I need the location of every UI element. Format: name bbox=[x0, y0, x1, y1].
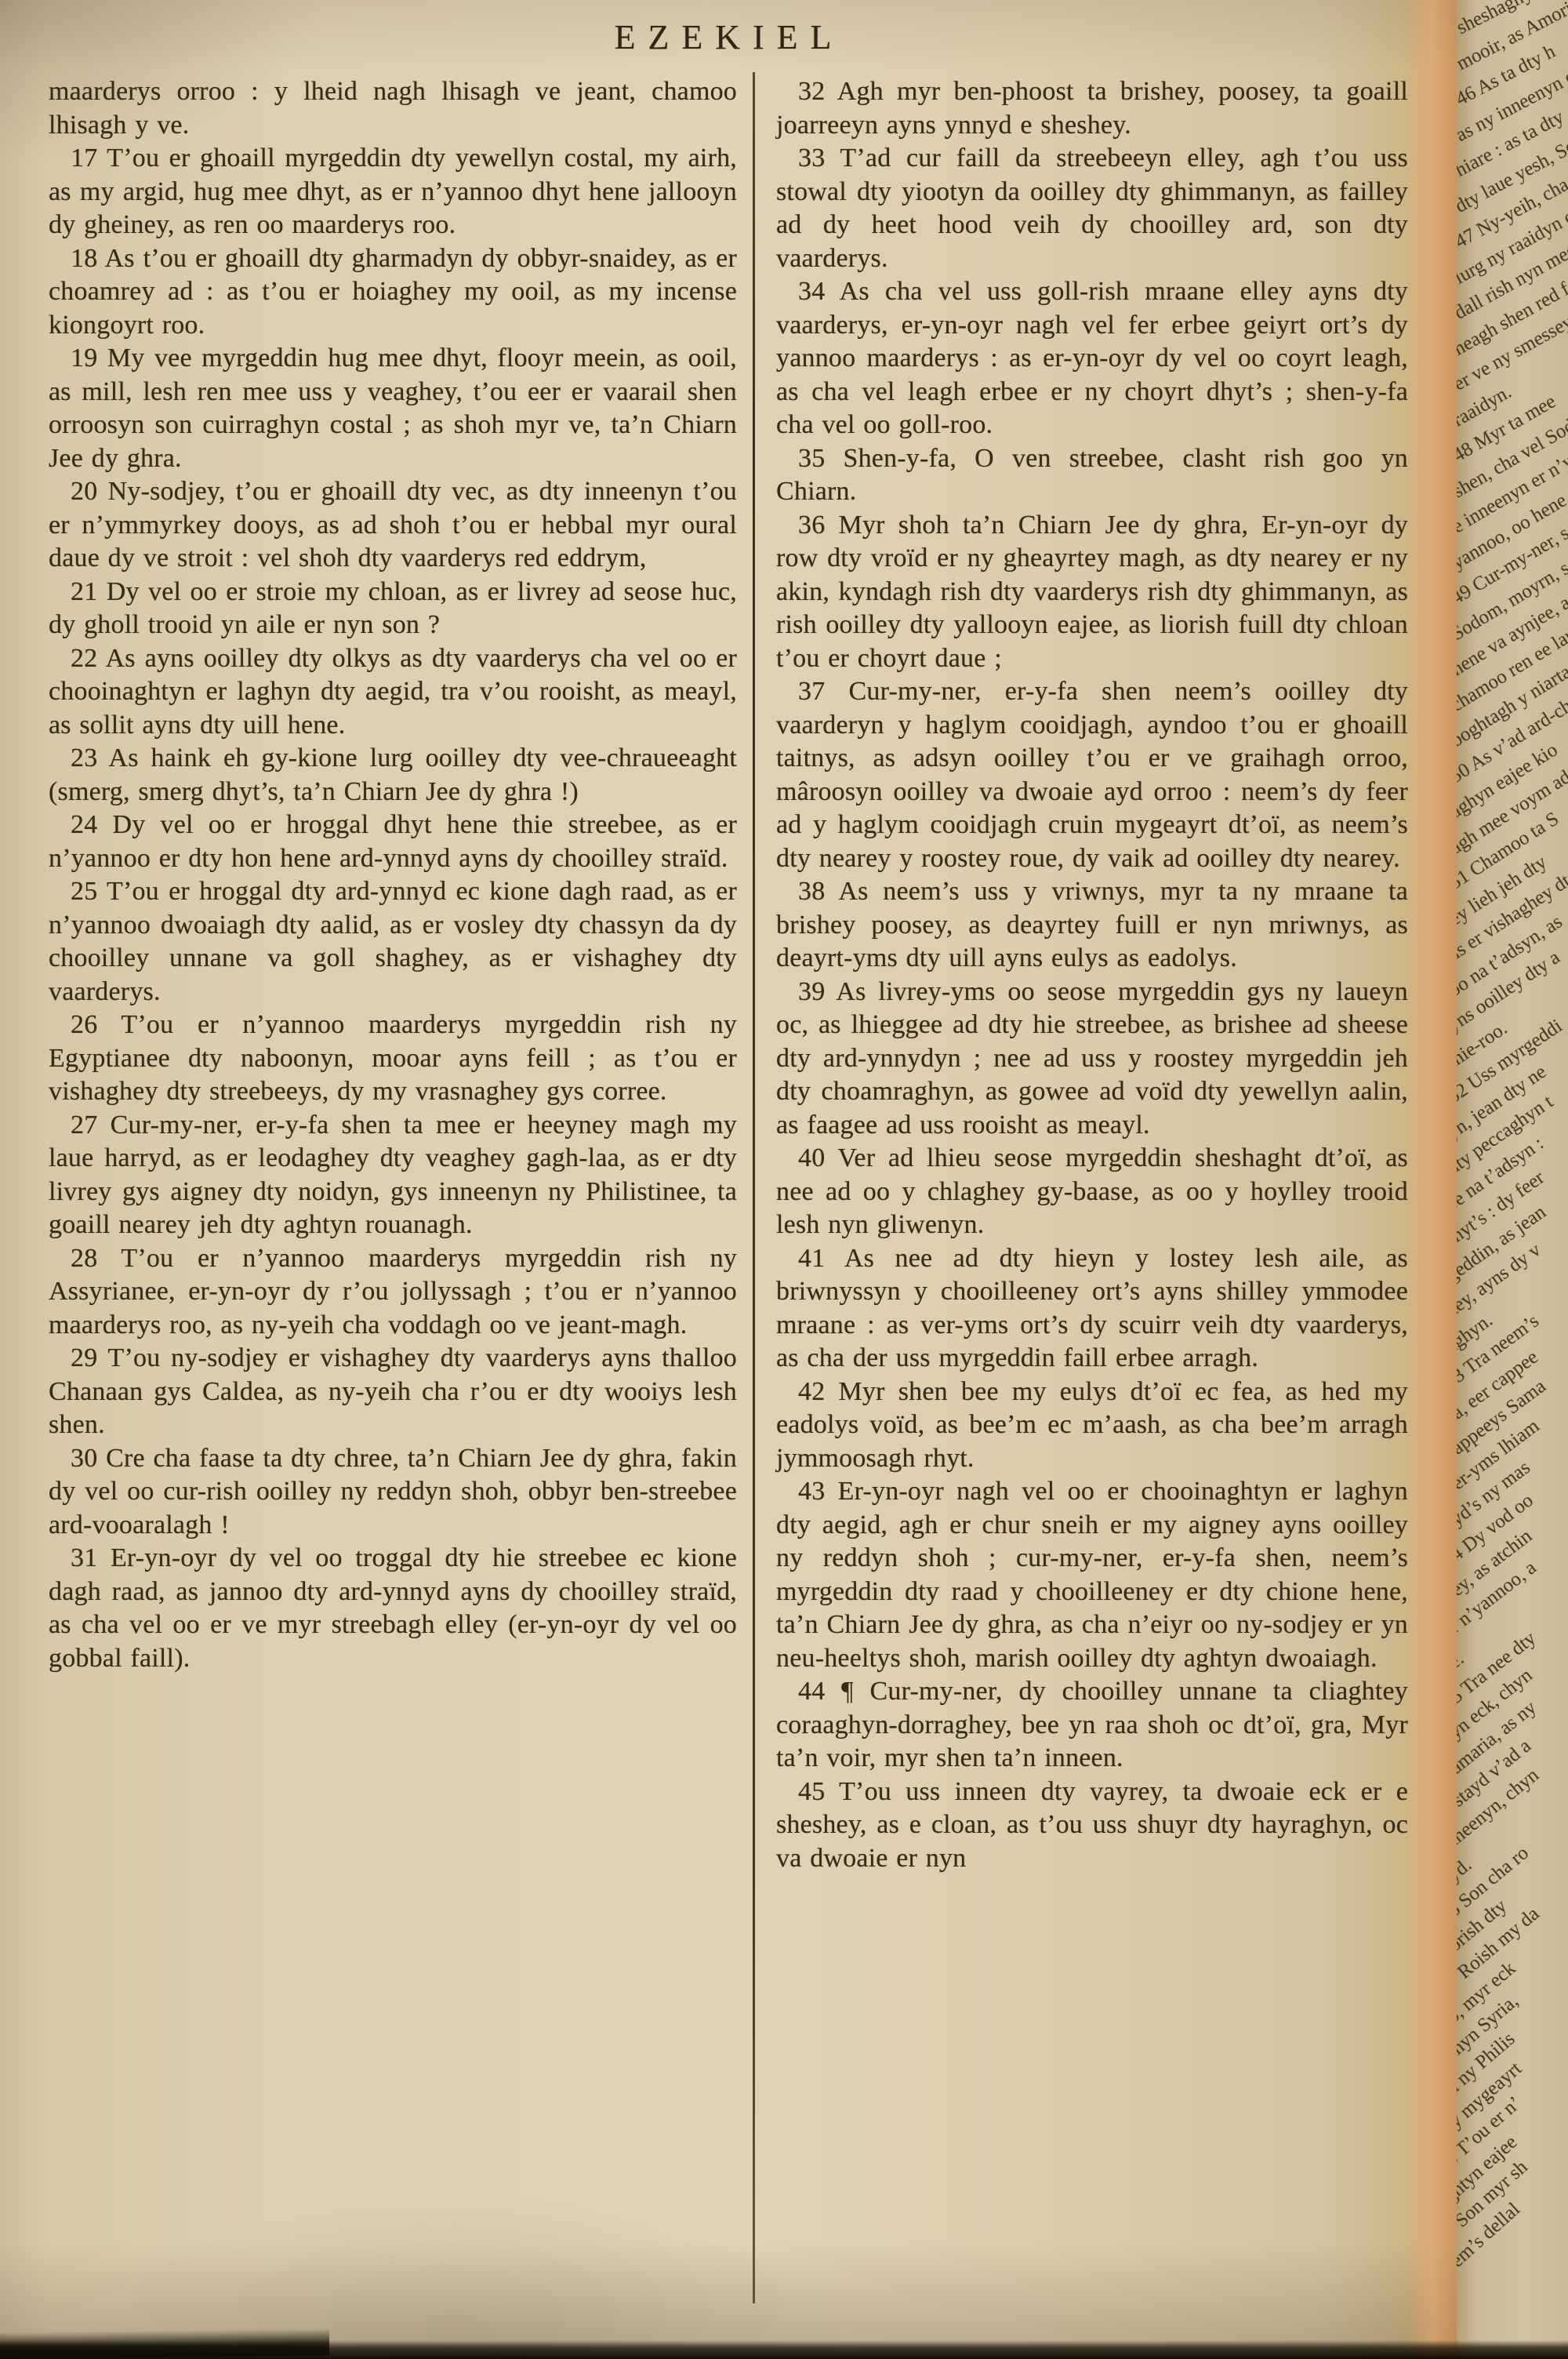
verse-27: 27 Cur-my-ner, er-y-fa shen ta mee er he… bbox=[49, 1109, 737, 1242]
verse-number: 22 bbox=[71, 644, 97, 673]
verse-number: 32 bbox=[798, 77, 825, 106]
verse-number: 42 bbox=[798, 1377, 825, 1406]
verse-28: 28 T’ou er n’yannoo maarderys myrgeddin … bbox=[49, 1242, 737, 1343]
verse-33: 33 T’ad cur faill da streebeeyn elley, a… bbox=[776, 142, 1408, 275]
verse-number: 30 bbox=[71, 1444, 97, 1473]
verse-number: 25 bbox=[71, 877, 97, 906]
verse-23: 23 As haink eh gy-kione lurg ooilley dty… bbox=[49, 742, 737, 809]
verse-number: 45 bbox=[798, 1777, 825, 1806]
adjacent-page-text-fragment: se. bbox=[1457, 1648, 1468, 1677]
left-text-column: maarderys orroo : y lheid nagh lhisagh v… bbox=[49, 75, 737, 1675]
verse-39: 39 As livrey-yms oo seose myrgeddin gys … bbox=[776, 976, 1408, 1143]
verse-26: 26 T’ou er n’yannoo maarderys myrgeddin … bbox=[49, 1009, 737, 1109]
verse-20: 20 Ny-sodjey, t’ou er ghoaill dty vec, a… bbox=[49, 475, 737, 576]
verse-number: 19 bbox=[71, 343, 97, 373]
verse-number: 20 bbox=[71, 477, 97, 506]
right-text-column: 32 Agh myr ben-phoost ta brishey, poosey… bbox=[776, 75, 1408, 1875]
verse-36: 36 Myr shoh ta’n Chiarn Jee dy ghra, Er-… bbox=[776, 509, 1408, 676]
adjacent-page-edge: sheshaghyn, as er nmooir, as Amorite r46… bbox=[1457, 0, 1568, 2359]
verse-30: 30 Cre cha faase ta dty chree, ta’n Chia… bbox=[49, 1442, 737, 1543]
verse-number: 27 bbox=[71, 1110, 97, 1140]
verse-number: 29 bbox=[71, 1343, 97, 1372]
verse-number: 24 bbox=[71, 810, 97, 839]
verse-number: 18 bbox=[71, 244, 97, 273]
verse-40: 40 Ver ad lhieu seose myrgeddin sheshagh… bbox=[776, 1142, 1408, 1242]
verse-number: 40 bbox=[798, 1143, 825, 1172]
scan-bottom-edge-left bbox=[0, 2329, 329, 2359]
verse-number: 17 bbox=[71, 144, 97, 173]
verse-43: 43 Er-yn-oyr nagh vel oo er chooinaghtyn… bbox=[776, 1475, 1408, 1675]
verse-45: 45 T’ou uss inneen dty vayrey, ta dwoaie… bbox=[776, 1776, 1408, 1876]
verse-number: 38 bbox=[798, 877, 825, 906]
verse-number: 43 bbox=[798, 1477, 825, 1506]
verse-number: 34 bbox=[798, 277, 825, 306]
verse-35: 35 Shen-y-fa, O ven streebee, clasht ris… bbox=[776, 442, 1408, 509]
verse-number: 23 bbox=[71, 743, 97, 772]
verse-number: 21 bbox=[71, 577, 97, 606]
verse-number: 36 bbox=[798, 511, 825, 540]
verse-25: 25 T’ou er hroggal dty ard-ynnyd ec kion… bbox=[49, 875, 737, 1009]
verse-18: 18 As t’ou er ghoaill dty gharmadyn dy o… bbox=[49, 242, 737, 343]
verse-continuation: maarderys orroo : y lheid nagh lhisagh v… bbox=[49, 75, 737, 142]
page-fold-highlight bbox=[1408, 0, 1463, 2359]
verse-17: 17 T’ou er ghoaill myrgeddin dty yewelly… bbox=[49, 142, 737, 242]
verse-number: 28 bbox=[71, 1244, 97, 1273]
verse-44: 44 ¶ Cur-my-ner, dy chooilley unnane ta … bbox=[776, 1675, 1408, 1776]
verse-number: 44 bbox=[798, 1677, 825, 1706]
verse-number: 35 bbox=[798, 444, 825, 473]
verse-38: 38 As neem’s uss y vriwnys, myr ta ny mr… bbox=[776, 875, 1408, 976]
book-page-scan: EZEKIEL maarderys orroo : y lheid nagh l… bbox=[0, 0, 1568, 2359]
verse-31: 31 Er-yn-oyr dy vel oo troggal dty hie s… bbox=[49, 1542, 737, 1675]
verse-34: 34 As cha vel uss goll-rish mraane elley… bbox=[776, 275, 1408, 442]
column-divider-rule bbox=[753, 72, 755, 2303]
verse-21: 21 Dy vel oo er stroie my chloan, as er … bbox=[49, 576, 737, 642]
verse-number: 26 bbox=[71, 1010, 97, 1039]
verse-22: 22 As ayns ooilley dty olkys as dty vaar… bbox=[49, 642, 737, 743]
verse-number: 39 bbox=[798, 977, 825, 1006]
verse-number: 37 bbox=[798, 677, 825, 706]
verse-29: 29 T’ou ny-sodjey er vishaghey dty vaard… bbox=[49, 1342, 737, 1442]
verse-41: 41 As nee ad dty hieyn y lostey lesh ail… bbox=[776, 1242, 1408, 1376]
verse-24: 24 Dy vel oo er hroggal dhyt hene thie s… bbox=[49, 809, 737, 875]
verse-42: 42 Myr shen bee my eulys dt’oï ec fea, a… bbox=[776, 1376, 1408, 1476]
verse-37: 37 Cur-my-ner, er-y-fa shen neem’s ooill… bbox=[776, 675, 1408, 875]
verse-32: 32 Agh myr ben-phoost ta brishey, poosey… bbox=[776, 75, 1408, 142]
verse-number: 31 bbox=[71, 1543, 97, 1572]
verse-19: 19 My vee myrgeddin hug mee dhyt, flooyr… bbox=[49, 342, 737, 475]
verse-number: 33 bbox=[798, 144, 825, 173]
verse-number: 41 bbox=[798, 1244, 825, 1273]
page-title: EZEKIEL bbox=[0, 17, 1458, 57]
